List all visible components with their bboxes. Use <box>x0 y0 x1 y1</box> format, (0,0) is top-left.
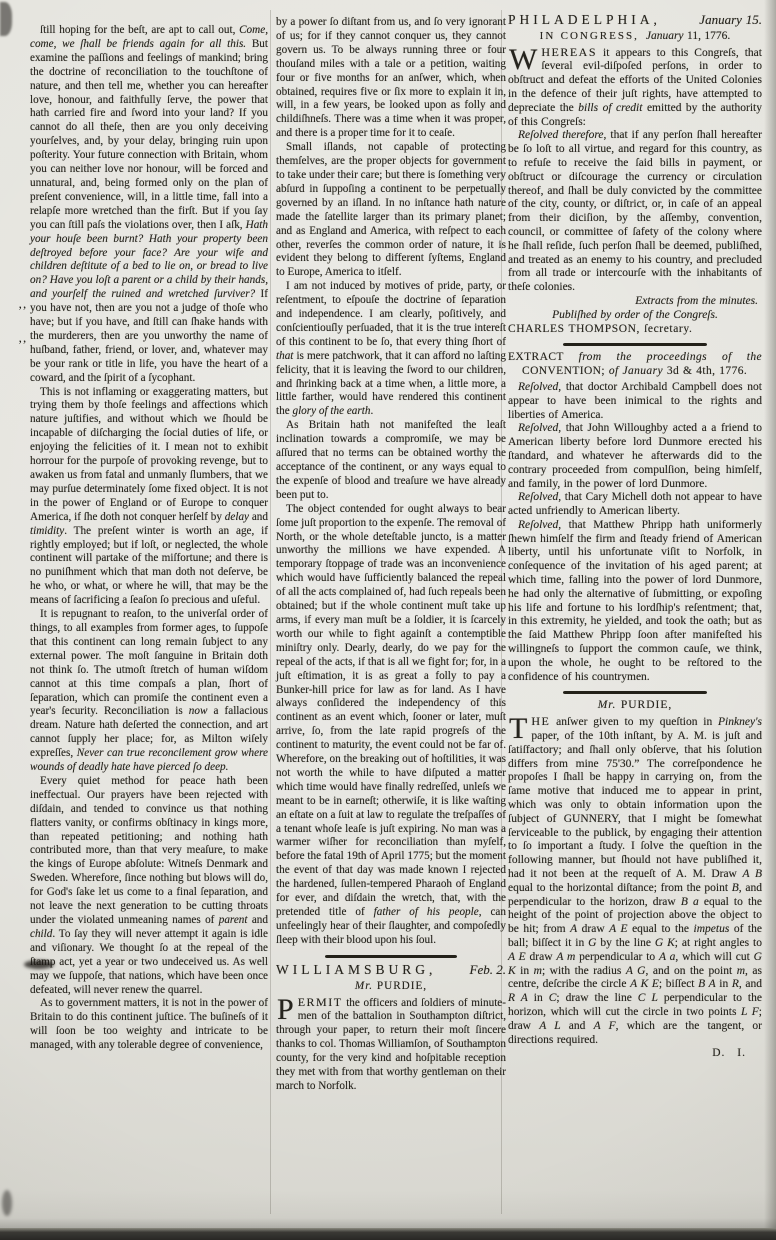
common-sense-paragraph: This is not inflaming or exaggerating ma… <box>30 386 268 609</box>
common-sense-paragraph: It is repugnant to reaſon, to the univer… <box>30 608 268 775</box>
column-rule <box>501 10 502 1214</box>
section-rule <box>325 955 456 958</box>
dateline-date: January 11, 1776. <box>646 30 730 44</box>
convention-resolution: Reſolved, that Matthew Phripp hath unifo… <box>508 519 762 685</box>
column-right: PHILADELPHIA,January 15.IN CONGRESS,Janu… <box>508 8 762 1220</box>
common-sense-paragraph: The object contended for ought always to… <box>276 503 506 948</box>
convention-extract-heading: EXTRACT from the proceedings of the CONV… <box>508 351 762 379</box>
philadelphia-dateline: PHILADELPHIA,January 15. <box>508 13 762 27</box>
common-sense-paragraph: Small iſlands, not capable of protecting… <box>276 141 506 280</box>
dateline-place: PHILADELPHIA, <box>508 13 661 27</box>
column-left: ſtill hoping for the beſt, are apt to ca… <box>30 24 268 1214</box>
newspaper-page: ſtill hoping for the beſt, are apt to ca… <box>0 0 776 1240</box>
section-rule <box>563 343 708 346</box>
common-sense-paragraph: ſtill hoping for the beſt, are apt to ca… <box>30 24 268 386</box>
drop-cap: T <box>508 715 531 741</box>
minute-men-letter: PERMIT the officers and ſoldiers of minu… <box>276 996 506 1094</box>
publish-line: Publiſhed by order of the Congreſs. <box>508 309 762 323</box>
common-sense-paragraph: I am not induced by motives of pride, pa… <box>276 280 506 419</box>
ink-smudge <box>24 960 54 969</box>
secretary-line: CHARLES THOMPSON, ſecretary. <box>508 323 762 337</box>
ink-smudge <box>2 1190 12 1216</box>
minutes-line: Extracts from the minutes. <box>508 295 762 309</box>
column-rule <box>270 10 271 1214</box>
dateline-place: IN CONGRESS, <box>540 30 639 44</box>
page-edge-shadow <box>764 0 776 1240</box>
common-sense-paragraph: Every quiet method for peace hath been i… <box>30 775 268 998</box>
common-sense-paragraph: As Britain hath not manifeſted the leaſt… <box>276 419 506 502</box>
column-middle: by a power ſo diſtant from us, and ſo ve… <box>276 16 506 1216</box>
convention-resolution: Reſolved, that Cary Michell doth not app… <box>508 491 762 519</box>
williamsburg-dateline: WILLIAMSBURG,Feb. 2. <box>276 963 506 977</box>
margin-mark: ‚‚ <box>18 296 27 312</box>
margin-mark: ‚‚ <box>18 330 27 346</box>
congress-dateline: IN CONGRESS,January 11, 1776. <box>508 30 762 44</box>
drop-cap: P <box>276 996 298 1022</box>
convention-resolution: Reſolved, that John Willoughby acted a a… <box>508 422 762 491</box>
congress-resolution: WHEREAS it appears to this Congreſs, tha… <box>508 46 762 130</box>
convention-resolution: Reſolved, that doctor Archibald Campbell… <box>508 381 762 422</box>
dateline-date: January 15. <box>699 13 762 27</box>
gunnery-letter: THE anſwer given to my queſtion in Pinkn… <box>508 715 762 1047</box>
scan-edge-shade <box>0 1218 776 1228</box>
dateline-place: WILLIAMSBURG, <box>276 963 436 977</box>
drop-cap: W <box>508 46 541 72</box>
salutation-mr-purdie: Mr. PURDIE, <box>276 980 506 994</box>
common-sense-paragraph: As to government matters, it is not in t… <box>30 997 268 1053</box>
ink-smudge <box>0 2 12 36</box>
scan-edge-band <box>0 1228 776 1240</box>
section-rule <box>563 691 708 694</box>
congress-resolution: Reſolved therefore, that if any perſon ſ… <box>508 129 762 295</box>
signature-d-i: D. I. <box>508 1047 762 1061</box>
salutation-mr-purdie: Mr. PURDIE, <box>508 699 762 713</box>
common-sense-paragraph: by a power ſo diſtant from us, and ſo ve… <box>276 16 506 141</box>
